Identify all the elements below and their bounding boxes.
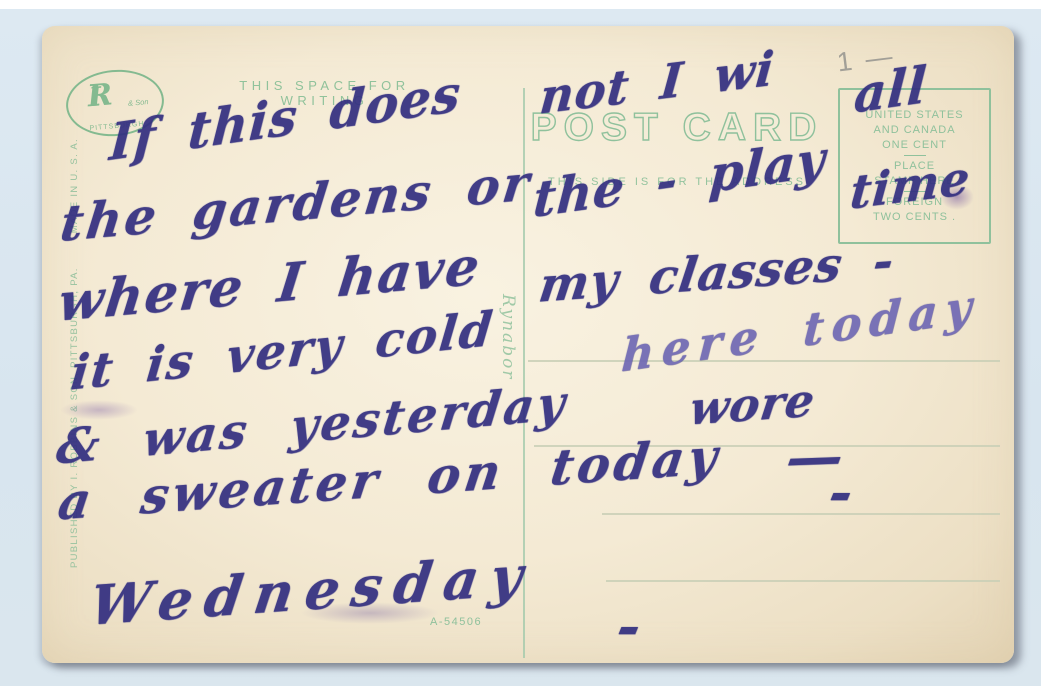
handwriting-line1-mid: not I wi: [537, 41, 776, 126]
handwritten-message: If this doesnot I wiallthe gardens orthe…: [42, 26, 1014, 663]
handwriting-line2-mid: the - play: [531, 129, 827, 229]
postcard-back: IR & Son PITTSBURGH THIS SPACE FOR WRITI…: [42, 26, 1014, 663]
handwriting-line1-left: If this does: [108, 63, 463, 173]
handwriting-line7-left: Wednesday: [86, 542, 539, 638]
handwriting-line7-dash: -: [611, 594, 648, 658]
handwriting-line1-right: all: [852, 54, 929, 124]
handwriting-line2-right: time: [848, 150, 973, 220]
